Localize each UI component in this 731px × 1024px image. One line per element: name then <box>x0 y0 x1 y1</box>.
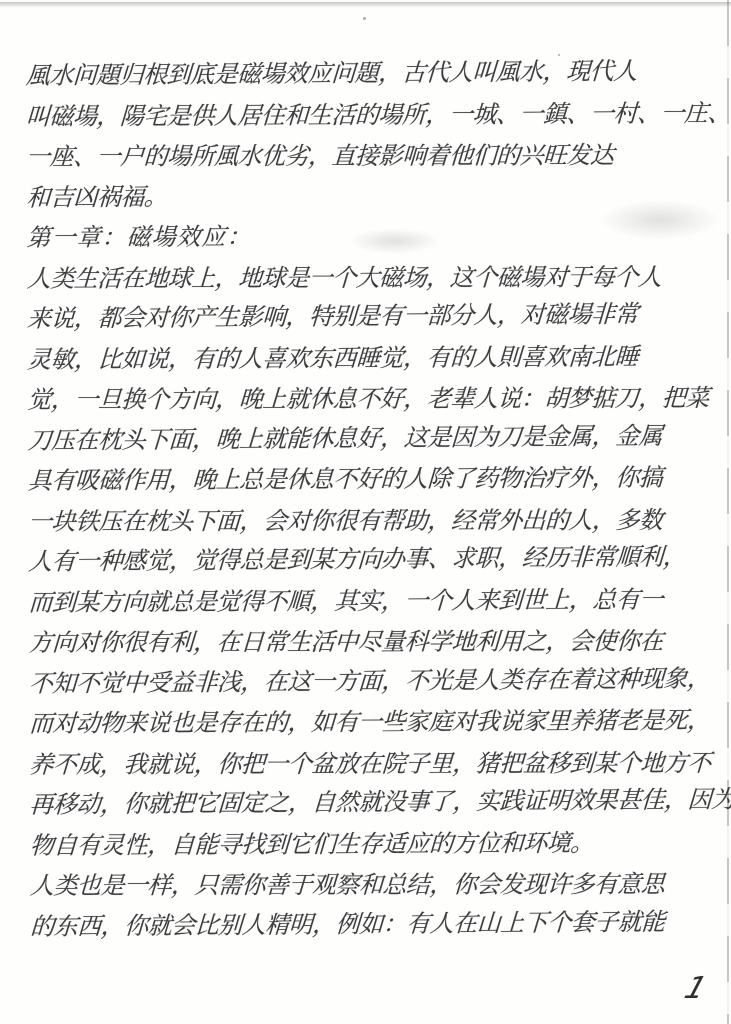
handwritten-line: 一座、一户的場所風水优劣，直接影响着他们的兴旺发达 <box>25 135 713 177</box>
handwritten-line: 觉，一旦换个方向，晚上就休息不好，老辈人说：胡梦掂刀，把菜 <box>26 378 714 420</box>
handwritten-line: 不知不觉中受益非浅，在这一方面，不光是人类存在着这种现象， <box>28 658 716 704</box>
page-number: 1 <box>680 971 710 1006</box>
handwritten-line: 养不成，我就说，你把一个盆放在院子里，猪把盆移到某个地方不 <box>28 742 716 784</box>
handwritten-line: 叫磁場，陽宅是供人居住和生活的場所，一城、一鎮、一村、一庄、 <box>25 93 713 137</box>
scan-speck <box>363 17 366 20</box>
handwritten-line: 再移动，你就把它固定之，自然就没事了，实践证明效果甚佳，因为万 <box>29 779 717 825</box>
handwritten-line: 一块铁压在枕头下面，会对你很有帮助，经常外出的人，多数 <box>27 499 715 541</box>
handwritten-line: 人类也是一样，只需你善于观察和总结，你会发现许多有意思 <box>29 864 717 906</box>
handwritten-line: 而对动物来说也是存在的，如有一些家庭对我说家里养猪老是死， <box>28 700 716 744</box>
chapter-heading-line: 第一章：磁場效应： <box>26 214 714 258</box>
handwritten-line: 方向对你很有利，在日常生活中尽量科学地利用之，会使你在 <box>28 621 716 663</box>
handwritten-line: 和吉凶祸福。 <box>25 172 713 218</box>
scanned-manuscript-page: 風水问題归根到底是磁場效应问題，古代人叫風水，現代人 叫磁場，陽宅是供人居住和生… <box>0 0 731 1024</box>
scan-edge-top <box>0 2 731 7</box>
handwritten-line: 的东西，你就会比别人精明，例如：有人在山上下个套子就能 <box>29 901 717 947</box>
handwritten-text-block: 風水问題归根到底是磁場效应问題，古代人叫風水，現代人 叫磁場，陽宅是供人居住和生… <box>26 52 717 947</box>
handwritten-line: 物自有灵性，自能寻找到它们生存适应的方位和环境。 <box>29 822 717 866</box>
handwritten-line: 而到某方向就总是觉得不順，其实，一个人来到世上，总有一 <box>28 579 716 623</box>
handwritten-line: 人类生活在地球上，地球是一个大磁场，这个磁場对于每个人 <box>26 256 714 298</box>
handwritten-line: 灵敏，比如说，有的人喜欢东西睡觉，有的人則喜欢南北睡 <box>26 336 714 380</box>
handwritten-line: 具有吸磁作用，晚上总是休息不好的人除了药物治疗外，你搞 <box>27 457 715 501</box>
handwritten-line: 人有一种感觉，觉得总是到某方向办事、求职，经历非常順利， <box>27 536 715 582</box>
handwritten-line: 来说，都会对你产生影响，特别是有一部分人，对磁場非常 <box>26 293 714 339</box>
scan-edge-right <box>727 0 729 1024</box>
handwritten-line: 風水问題归根到底是磁場效应问題，古代人叫風水，現代人 <box>25 50 713 96</box>
handwritten-line: 刀压在枕头下面，晚上就能休息好，这是因为刀是金属，金属 <box>27 415 715 461</box>
